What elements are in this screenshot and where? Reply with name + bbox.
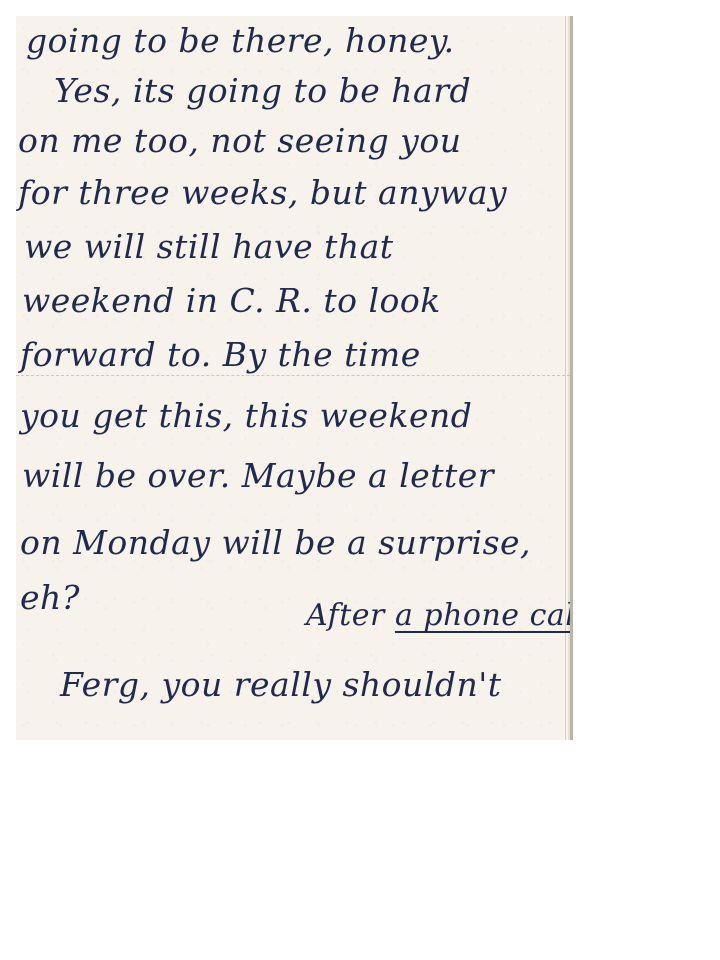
fold-crease <box>16 375 570 376</box>
letter-line-4: for three weeks, but anyway <box>18 176 507 209</box>
letter-line-9: will be over. Maybe a letter <box>22 459 494 492</box>
letter-line-5: we will still have that <box>24 230 394 263</box>
letter-line-12: Ferg, you really shouldn't <box>60 668 502 701</box>
page: going to be there, honey. Yes, its going… <box>0 0 720 960</box>
letter-line-10: on Monday will be a surprise, <box>20 526 531 559</box>
letter-line-2: Yes, its going to be hard <box>54 74 471 107</box>
letter-line-3: on me too, not seeing you <box>18 124 461 157</box>
letter-line-8: you get this, this weekend <box>20 399 472 432</box>
annotation-underlined: a phone call <box>395 598 573 633</box>
letter-line-6: weekend in C. R. to look <box>22 284 441 317</box>
margin-annotation: After a phone call <box>306 601 573 631</box>
letter-line-7: forward to. By the time <box>20 338 421 371</box>
annotation-prefix: After <box>306 598 385 633</box>
letter-line-11: eh? <box>20 581 80 614</box>
letter-paper: going to be there, honey. Yes, its going… <box>16 16 573 740</box>
letter-line-1: going to be there, honey. <box>26 24 455 57</box>
